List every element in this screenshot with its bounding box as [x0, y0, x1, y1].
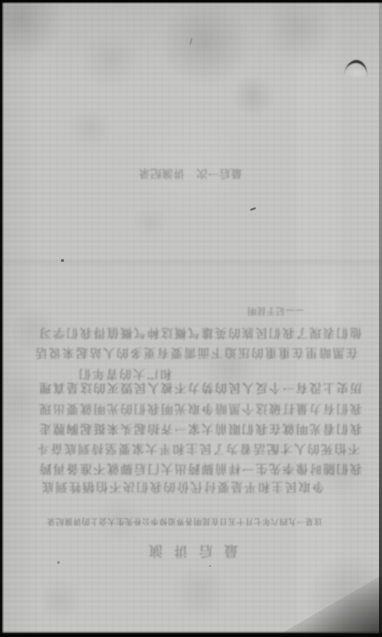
scanned-page: 最后一次 讲演纪录 ——记于昆明 他们表现了我们民族的英雄气概这种气概值得我们学…: [0, 0, 382, 637]
paragraph-line: 争取民主和平是要付代价的我们决不怕牺牲到底: [32, 479, 324, 496]
ink-speck: [209, 565, 211, 567]
paragraph-line: 我们看光明就在我们眼前大家一齐抬起头来挺起胸膛走: [28, 421, 362, 438]
scan-edge-top: [0, 0, 382, 4]
paragraph-line: 历史上没有一个反人民的势力不被人民毁灭的这是真理: [28, 380, 362, 397]
scan-edge-bottom: [0, 631, 382, 637]
ink-speck: [250, 207, 256, 211]
paragraph-line: 不怕死的人才配活着为了民主和平大家要坚持到底奋斗: [26, 441, 360, 458]
ink-speck: [61, 259, 64, 262]
paragraph-line: 我们有力量打破这个黑暗争取光明我们的光明就要出现: [30, 401, 362, 418]
page-title-faint: 最后一次 讲演纪录: [138, 166, 242, 182]
paragraph-line: 在黑暗里在重重的压迫下面需要有更多的人站起来说话: [30, 345, 358, 362]
footnote-line: 这是一九四六年七月十五日在昆明各界追悼李公朴先生大会上的讲演纪录: [34, 516, 322, 527]
ink-speck: [57, 561, 60, 564]
paragraph-line: ——记于昆明: [242, 305, 304, 318]
page-curl-shadow: [282, 575, 382, 633]
scan-edge-left: [0, 0, 4, 637]
running-title: 最后讲演: [138, 541, 238, 561]
corner-fold-mark: [344, 59, 369, 78]
paragraph-line: 我们随时像李先生一样前脚跨出大门后脚就不准备再跨: [30, 461, 362, 478]
scratch-mark: [189, 38, 193, 45]
paragraph-line: 他们表现了我们民族的英雄气概这种气概值得我们学习: [34, 325, 362, 342]
